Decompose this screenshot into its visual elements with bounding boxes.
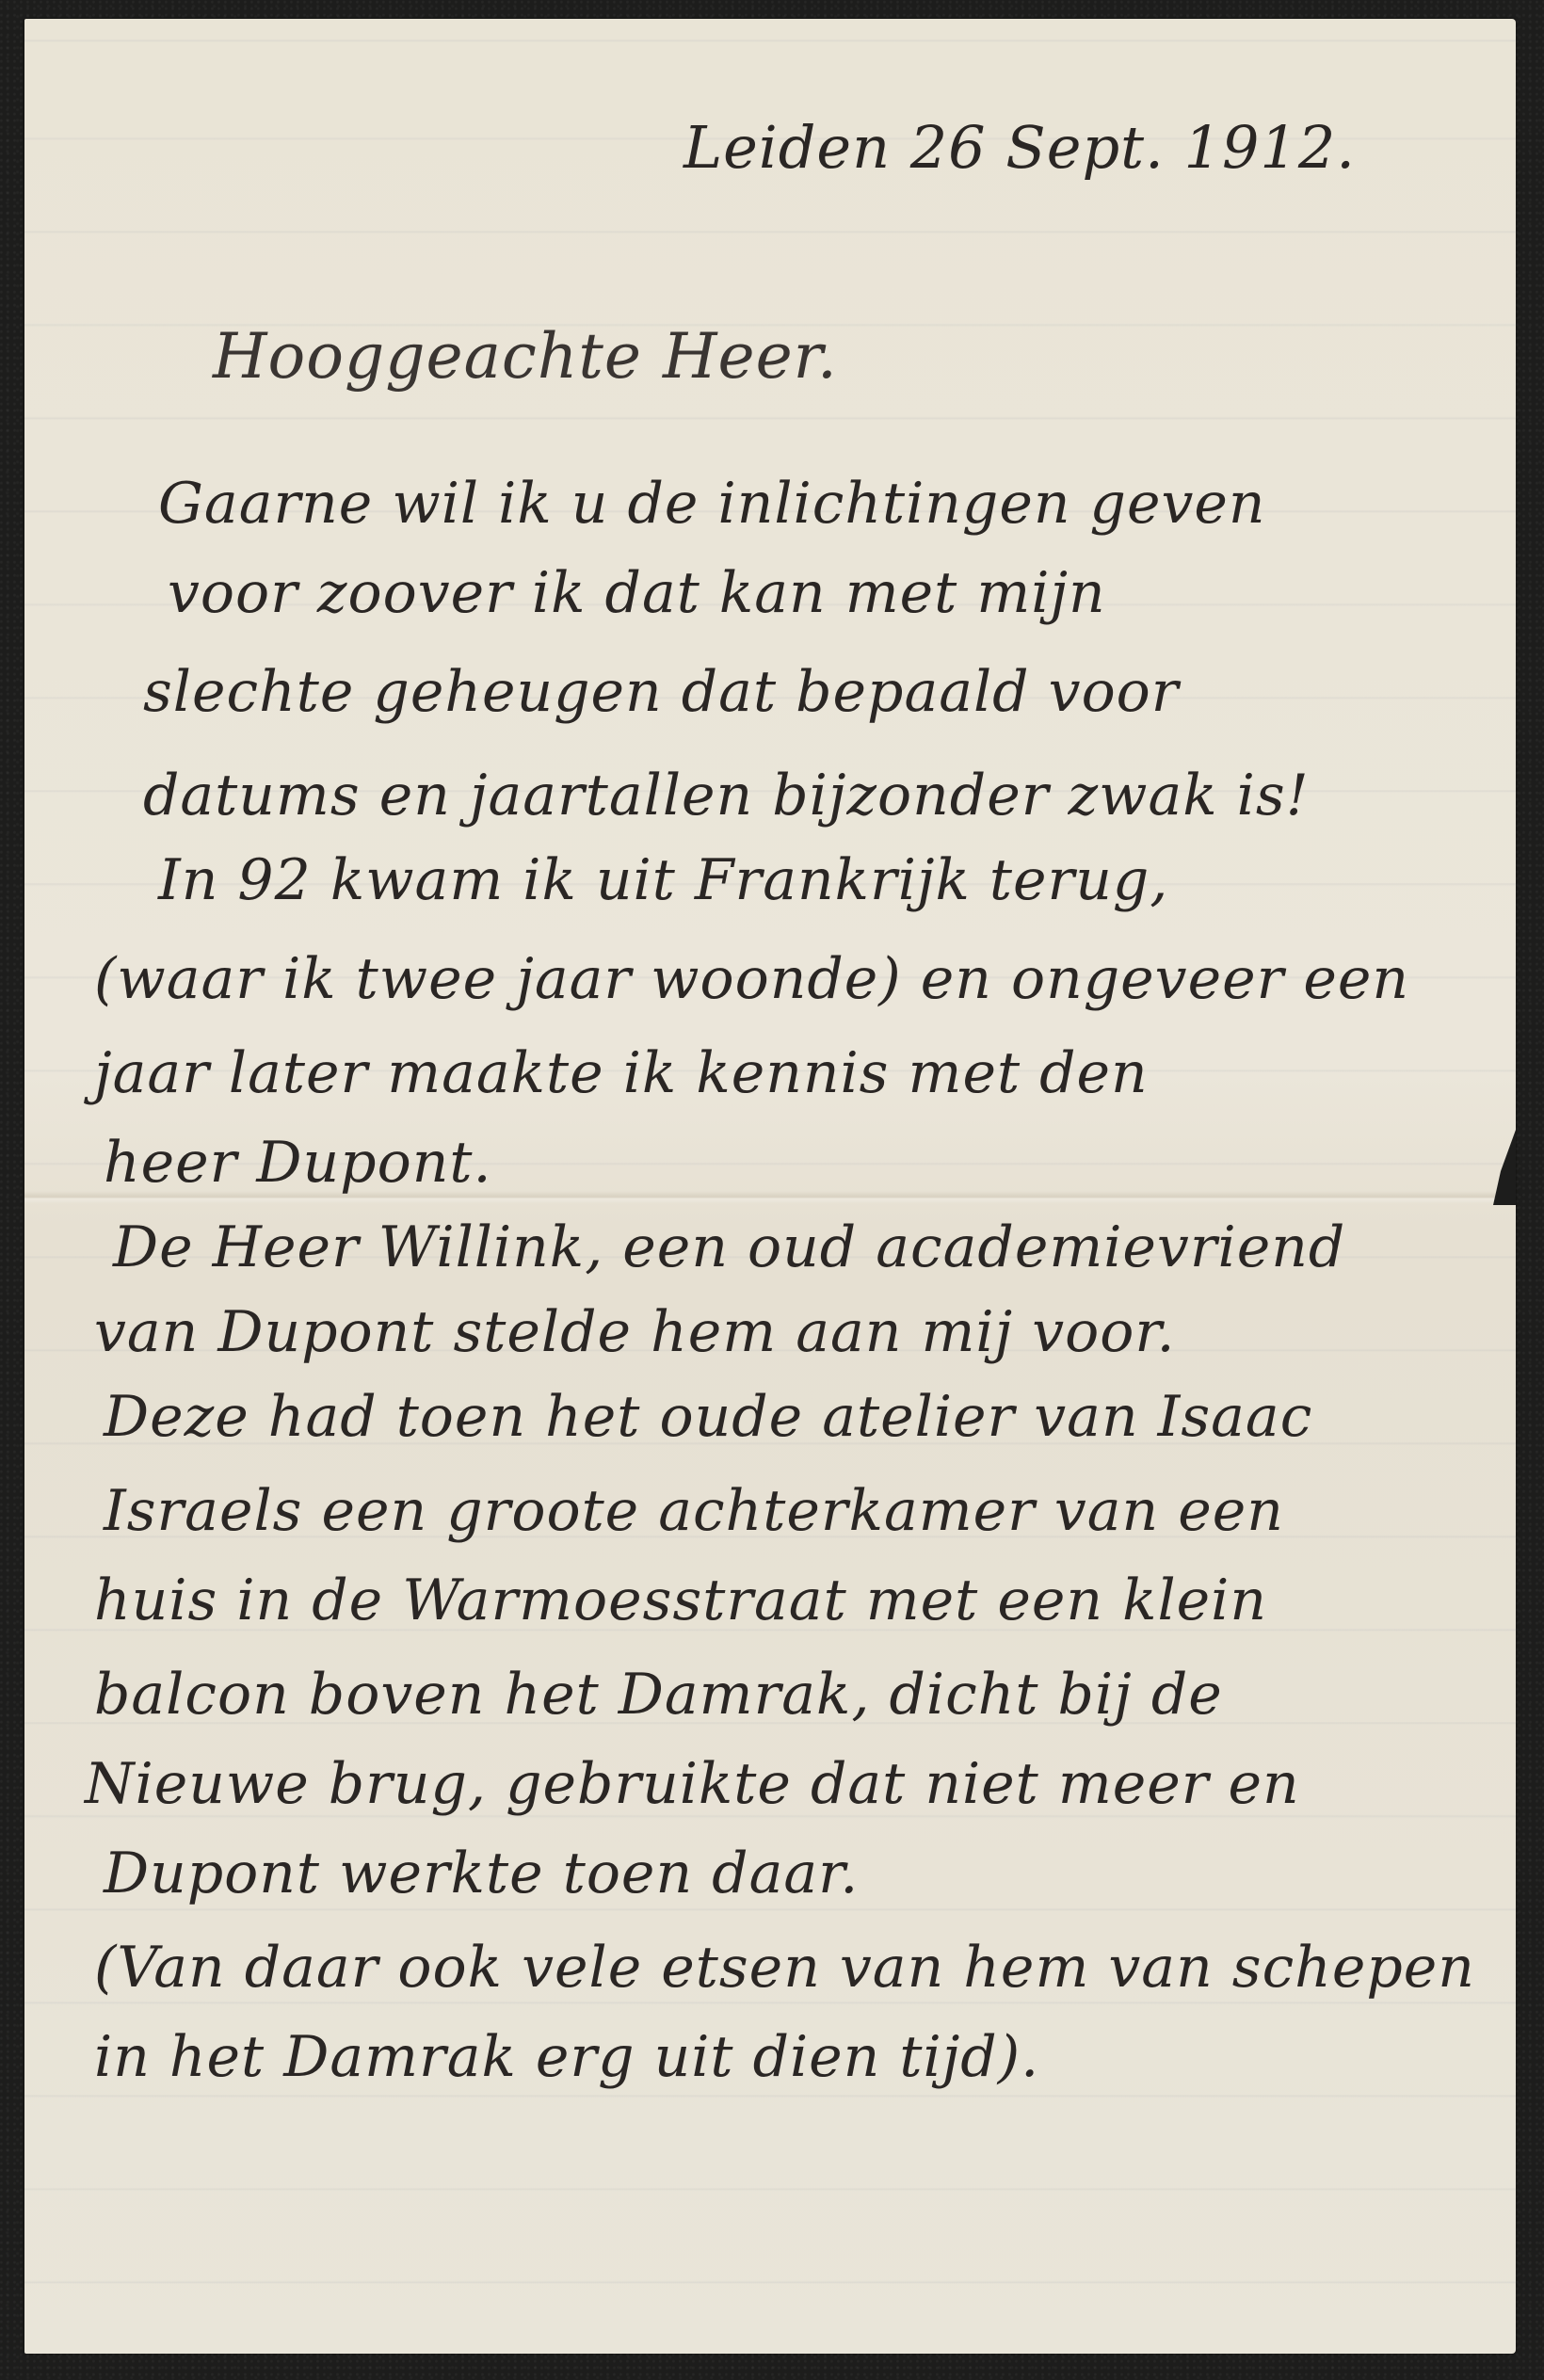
- letter-line: Nieuwe brug, gebruikte dat niet meer en: [85, 1751, 1300, 1817]
- letter-line: Dupont werkte toen daar.: [104, 1841, 859, 1906]
- letter-line: Israels een groote achterkamer van een: [104, 1478, 1284, 1544]
- letter-line: voor zoover ik dat kan met mijn: [168, 560, 1106, 626]
- letter-line: balcon boven het Damrak, dicht bij de: [94, 1662, 1223, 1728]
- letter-line: In 92 kwam ik uit Frankrijk terug,: [158, 847, 1168, 913]
- letter-line: heer Dupont.: [104, 1130, 492, 1196]
- letter-line: Gaarne wil ik u de inlichtingen geven: [158, 471, 1266, 537]
- date-line: Leiden 26 Sept. 1912.: [684, 113, 1356, 182]
- letter-line: huis in de Warmoesstraat met een klein: [94, 1568, 1267, 1633]
- letter-line: van Dupont stelde hem aan mij voor.: [94, 1299, 1176, 1365]
- letter-line: datums en jaartallen bijzonder zwak is!: [143, 763, 1310, 828]
- letter-line: jaar later maakte ik kennis met den: [94, 1040, 1149, 1106]
- letter-line: (Van daar ook vele etsen van hem van sch…: [94, 1935, 1475, 2001]
- letter-line: Deze had toen het oude atelier van Isaac: [104, 1384, 1312, 1450]
- salutation: Hooggeachte Heer.: [213, 320, 838, 393]
- letter-page: Leiden 26 Sept. 1912. Hooggeachte Heer. …: [24, 19, 1516, 2354]
- letter-line: slechte geheugen dat bepaald voor: [143, 659, 1180, 725]
- letter-line: (waar ik twee jaar woonde) en ongeveer e…: [94, 946, 1409, 1012]
- letter-line: in het Damrak erg uit dien tijd).: [94, 2024, 1039, 2090]
- letter-line: De Heer Willink, een oud academievriend: [113, 1214, 1345, 1280]
